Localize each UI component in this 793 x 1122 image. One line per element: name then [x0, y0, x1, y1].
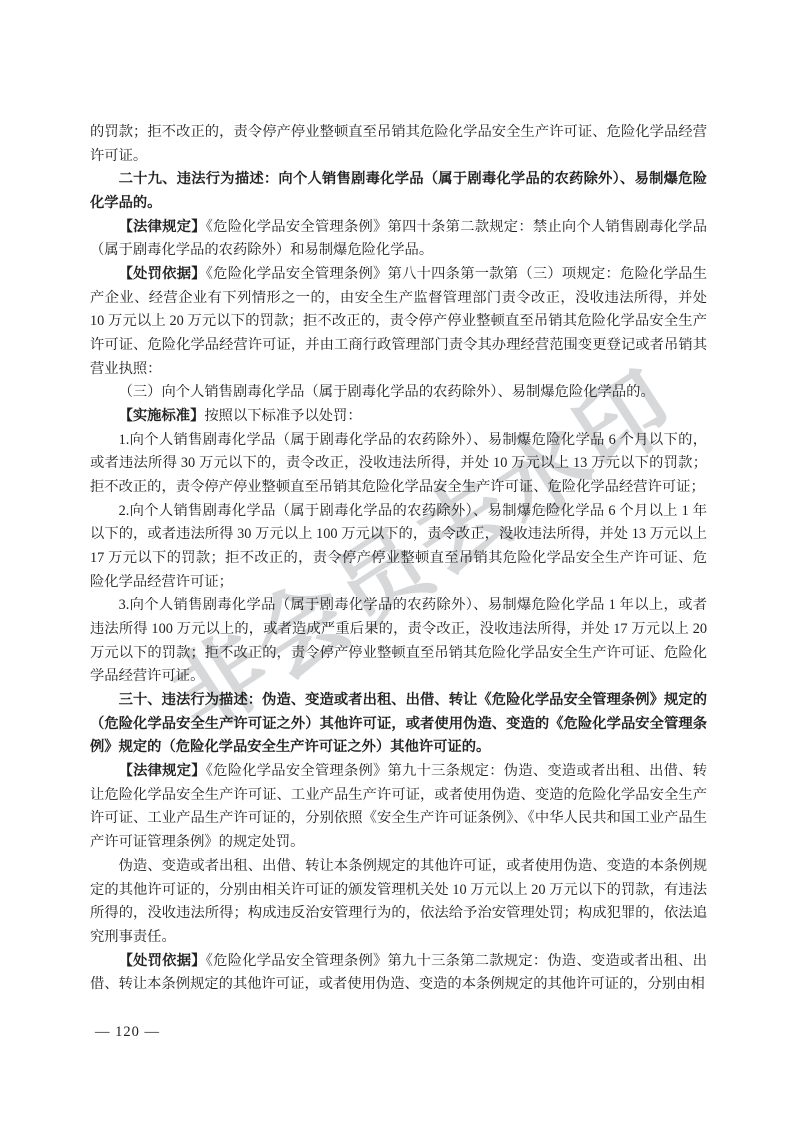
paragraph-standard-1: 1.向个人销售剧毒化学品（属于剧毒化学品的农药除外）、易制爆危险化学品 6 个月… [90, 429, 707, 500]
paragraph-text: （三）向个人销售剧毒化学品（属于剧毒化学品的农药除外）、易制爆危险化学品的。 [119, 384, 655, 400]
paragraph-penalty-basis-2: 【处罚依据】《危险化学品安全管理条例》第九十三条第二款规定：伪造、变造或者出租、… [90, 950, 707, 997]
paragraph-label: 【处罚依据】 [119, 266, 206, 282]
section-heading-30: 三十、违法行为描述：伪造、变造或者出租、出借、转让《危险化学品安全管理条例》规定… [90, 689, 707, 760]
paragraph-legal-basis-2-cont: 伪造、变造或者出租、出借、转让本条例规定的其他许可证，或者使用伪造、变造的本条例… [90, 855, 707, 950]
paragraph-text: 2.向个人销售剧毒化学品（属于剧毒化学品的农药除外）、易制爆危险化学品 6 个月… [90, 503, 707, 590]
paragraph-text: 3.向个人销售剧毒化学品（属于剧毒化学品的农药除外）、易制爆危险化学品 1 年以… [90, 597, 707, 684]
paragraph-text: 1.向个人销售剧毒化学品（属于剧毒化学品的农药除外）、易制爆危险化学品 6 个月… [90, 432, 707, 495]
paragraph-legal-basis-2: 【法律规定】《危险化学品安全管理条例》第九十三条规定：伪造、变造或者出租、出借、… [90, 760, 707, 855]
paragraph-penalty-basis: 【处罚依据】《危险化学品安全管理条例》第八十四条第一款第（三）项规定：危险化学品… [90, 263, 707, 381]
paragraph-label: 【处罚依据】 [119, 953, 206, 969]
paragraph-text: 伪造、变造或者出租、出借、转让本条例规定的其他许可证，或者使用伪造、变造的本条例… [90, 858, 707, 945]
paragraph-text: 二十九、违法行为描述：向个人销售剧毒化学品（属于剧毒化学品的农药除外）、易制爆危… [90, 171, 707, 211]
paragraph-label: 【法律规定】 [119, 219, 206, 235]
document-content: 的罚款；拒不改正的，责令停产停业整顿直至吊销其危险化学品安全生产许可证、危险化学… [90, 121, 707, 997]
paragraph-continuation: 的罚款；拒不改正的，责令停产停业整顿直至吊销其危险化学品安全生产许可证、危险化学… [90, 121, 707, 168]
paragraph-item-three: （三）向个人销售剧毒化学品（属于剧毒化学品的农药除外）、易制爆危险化学品的。 [90, 381, 707, 405]
paragraph-text: 《危险化学品安全管理条例》第八十四条第一款第（三）项规定：危险化学品生产企业、经… [90, 266, 707, 377]
paragraph-label: 【法律规定】 [119, 763, 206, 779]
paragraph-legal-basis: 【法律规定】《危险化学品安全管理条例》第四十条第二款规定：禁止向个人销售剧毒化学… [90, 216, 707, 263]
paragraph-text: 三十、违法行为描述：伪造、变造或者出租、出借、转让《危险化学品安全管理条例》规定… [90, 692, 707, 755]
paragraph-text: 按照以下标准予以处罚： [204, 408, 361, 424]
paragraph-implementation-standard: 【实施标准】按照以下标准予以处罚： [90, 405, 707, 429]
page-number: — 120 — [95, 1021, 160, 1043]
paragraph-standard-2: 2.向个人销售剧毒化学品（属于剧毒化学品的农药除外）、易制爆危险化学品 6 个月… [90, 500, 707, 595]
paragraph-standard-3: 3.向个人销售剧毒化学品（属于剧毒化学品的农药除外）、易制爆危险化学品 1 年以… [90, 594, 707, 689]
paragraph-label: 【实施标准】 [119, 408, 205, 424]
section-heading-29: 二十九、违法行为描述：向个人销售剧毒化学品（属于剧毒化学品的农药除外）、易制爆危… [90, 168, 707, 215]
paragraph-text: 的罚款；拒不改正的，责令停产停业整顿直至吊销其危险化学品安全生产许可证、危险化学… [90, 124, 707, 164]
document-page: 非会员去水印 的罚款；拒不改正的，责令停产停业整顿直至吊销其危险化学品安全生产许… [0, 0, 793, 1122]
